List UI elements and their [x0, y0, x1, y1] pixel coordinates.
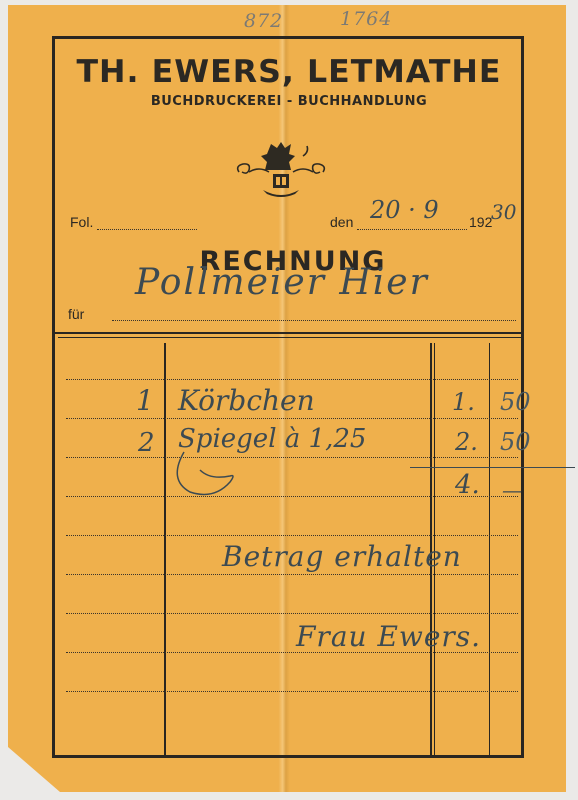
table-header-line	[55, 332, 521, 334]
row-line	[66, 379, 518, 380]
recipient-label: für	[68, 306, 84, 322]
archive-number-2: 1764	[340, 8, 392, 30]
row-pfennig: 50	[500, 428, 531, 456]
date-field-line	[357, 229, 467, 230]
row-qty: 2	[138, 428, 155, 458]
row-qty: 1	[136, 384, 154, 417]
year-prefix: 192	[469, 214, 492, 230]
company-name: TH. EWERS, LETMATHE	[0, 54, 578, 90]
heraldic-eagle-book-icon	[233, 138, 329, 202]
row-line	[66, 574, 518, 575]
column-divider-pfennig	[489, 343, 490, 756]
sum-line	[410, 467, 575, 468]
receipt-note: Betrag erhalten	[222, 540, 462, 573]
handwriting-flourish	[170, 450, 250, 500]
row-line	[66, 691, 518, 692]
row-mark: 1.	[452, 388, 475, 416]
row-line	[66, 496, 518, 497]
recipient-handwritten: Pollmeier Hier	[135, 262, 429, 303]
date-handwritten: 20 · 9	[370, 196, 439, 224]
column-divider-qty	[164, 343, 166, 756]
total-pfennig: —	[502, 478, 522, 502]
row-line	[66, 418, 518, 419]
date-label: den	[330, 214, 353, 230]
row-line	[66, 613, 518, 614]
row-description: Körbchen	[178, 384, 315, 417]
folio-field-line	[97, 229, 197, 230]
recipient-field-line	[112, 320, 516, 321]
total-mark: 4.	[455, 470, 480, 500]
year-handwritten: 30	[491, 200, 516, 224]
table-header-line-thin	[58, 337, 521, 338]
row-pfennig: 50	[500, 388, 531, 416]
archive-number-1: 872	[244, 10, 283, 32]
folio-label: Fol.	[70, 214, 93, 230]
row-line	[66, 457, 518, 458]
row-mark: 2.	[455, 428, 478, 456]
company-subtitle: BUCHDRUCKEREI - BUCHHANDLUNG	[0, 94, 578, 109]
receipt-signature: Frau Ewers.	[296, 620, 481, 653]
row-line	[66, 535, 518, 536]
